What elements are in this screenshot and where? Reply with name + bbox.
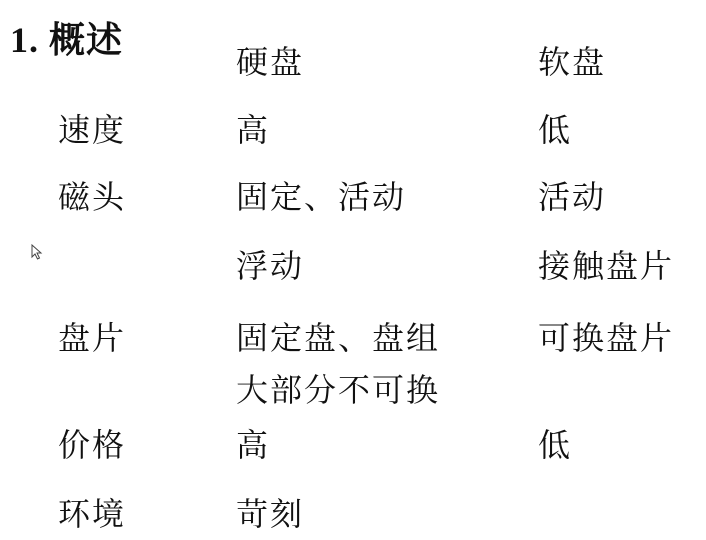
- header-floppy-disk: 软盘: [538, 42, 606, 82]
- row-head2-hard: 浮动: [236, 246, 304, 286]
- row-head-hard: 固定、活动: [236, 177, 406, 217]
- header-hard-disk: 硬盘: [236, 42, 304, 82]
- row-speed-hard: 高: [236, 110, 270, 150]
- row-platter2-hard: 大部分不可换: [236, 370, 440, 410]
- row-platter-soft: 可换盘片: [538, 318, 674, 358]
- row-price-label: 价格: [58, 425, 126, 465]
- slide-title: 1. 概述: [10, 12, 123, 63]
- row-head-label: 磁头: [58, 177, 126, 217]
- row-head2-soft: 接触盘片: [538, 246, 674, 286]
- row-platter-label: 盘片: [58, 318, 126, 358]
- row-speed-label: 速度: [58, 110, 126, 150]
- row-head-soft: 活动: [538, 177, 606, 217]
- row-platter-hard: 固定盘、盘组: [236, 318, 440, 358]
- row-env-hard: 苛刻: [236, 494, 304, 534]
- row-speed-soft: 低: [538, 110, 572, 150]
- row-price-soft: 低: [538, 425, 572, 465]
- row-price-hard: 高: [236, 425, 270, 465]
- row-env-label: 环境: [58, 494, 126, 534]
- mouse-cursor-icon: [31, 244, 43, 260]
